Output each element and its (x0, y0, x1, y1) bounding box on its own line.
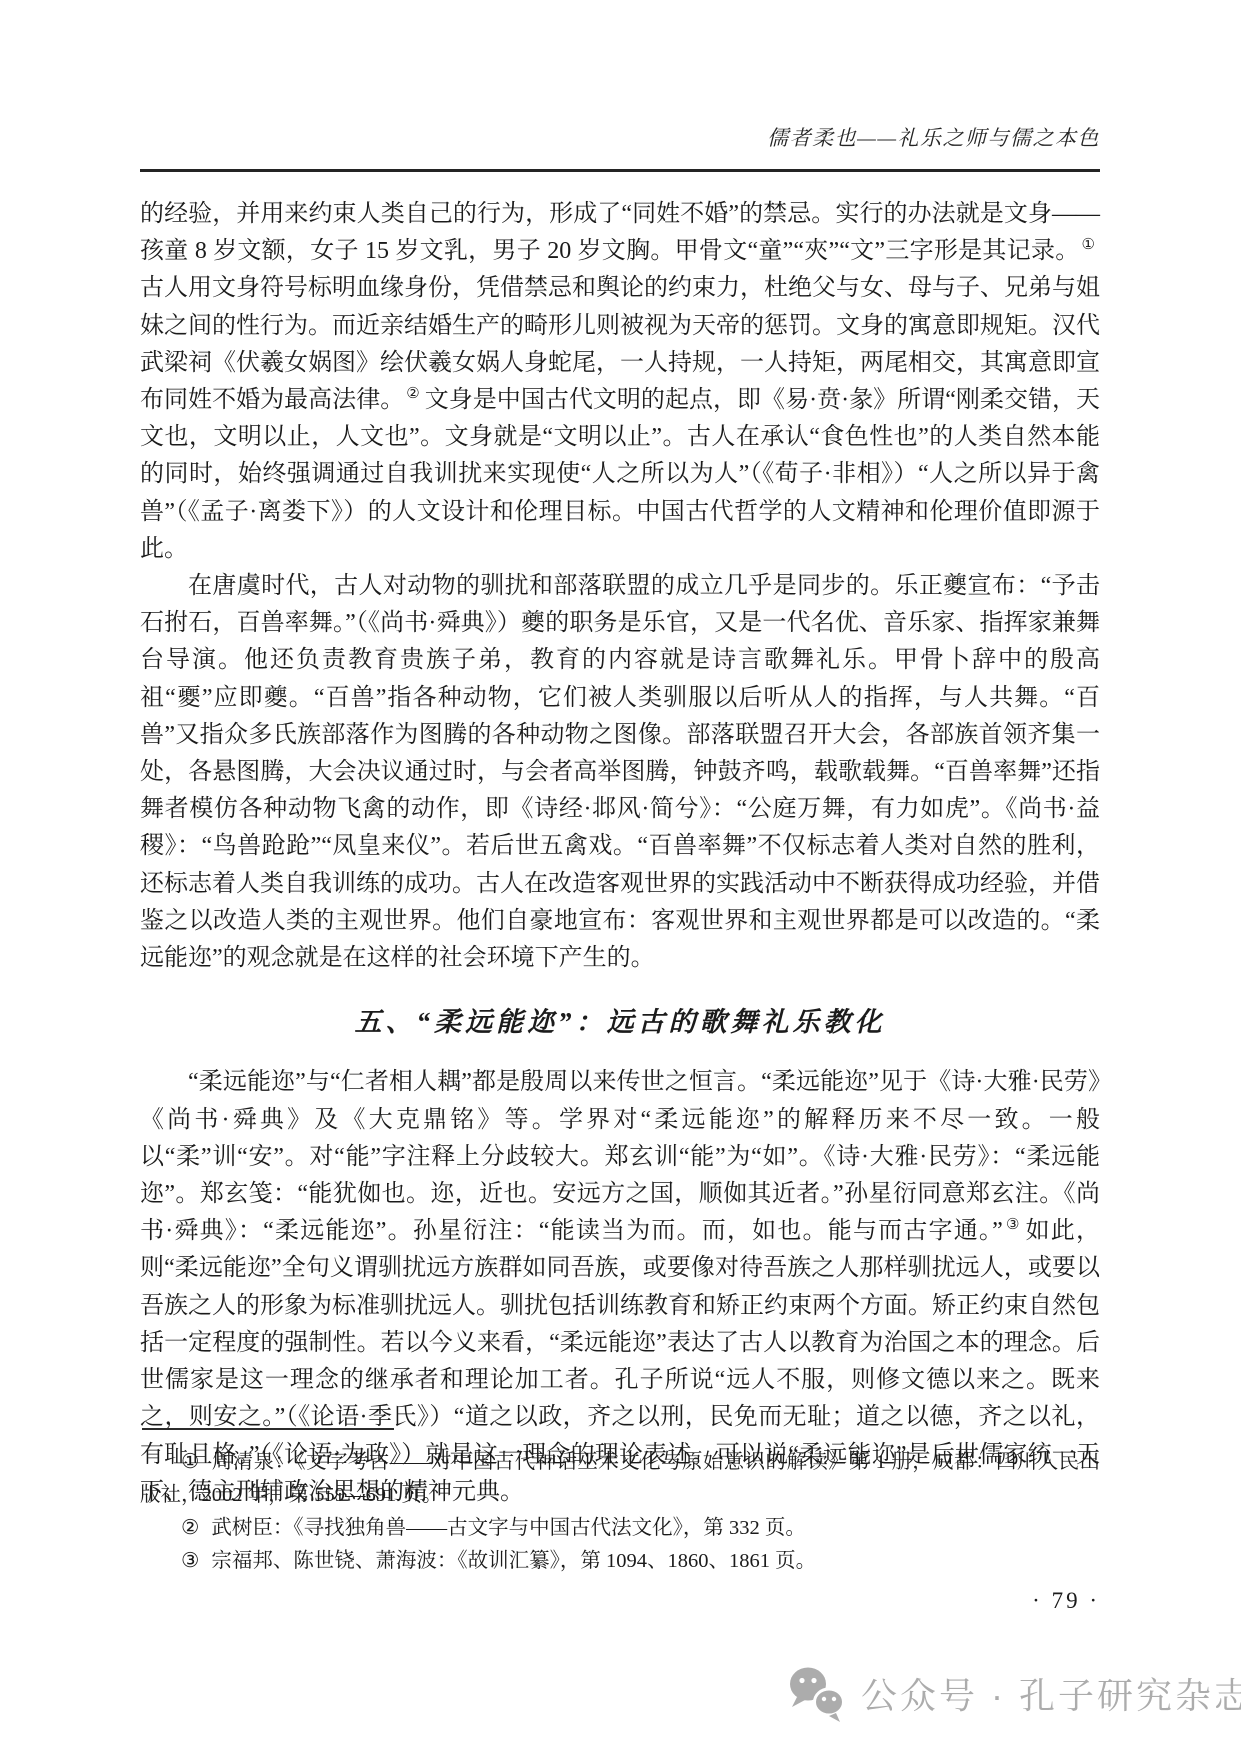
page-number: · 79 · (140, 1588, 1100, 1614)
footnote-marker: ① (181, 1451, 200, 1473)
watermark: 公众号 · 孔子研究杂志 (786, 1664, 1241, 1722)
footnote-item: ③宗福邦、陈世铙、萧海波：《故训汇纂》，第 1094、1860、1861 页。 (140, 1545, 1100, 1578)
wechat-chat-bubbles-icon (786, 1664, 848, 1722)
footnote-divider (142, 1428, 394, 1430)
footnotes-section: ①周清泉：《文字考古——对中国古代神话巫术文化与原始意识的解读》第 1 册，成都… (140, 1428, 1100, 1578)
footnote-text: 周清泉：《文字考古——对中国古代神话巫术文化与原始意识的解读》第 1 册，成都：… (140, 1451, 1100, 1506)
body-paragraph: 在唐虞时代，古人对动物的驯扰和部落联盟的成立几乎是同步的。乐正夔宣布：“予击石拊… (140, 568, 1100, 977)
footnotes-list: ①周清泉：《文字考古——对中国古代神话巫术文化与原始意识的解读》第 1 册，成都… (140, 1446, 1100, 1578)
header-rule (140, 169, 1100, 172)
body-text: 的经验，并用来约束人类自己的行为，形成了“同姓不婚”的禁忌。实行的办法就是文身—… (140, 196, 1100, 1511)
footnote-item: ②武树臣：《寻找独角兽——古文字与中国古代法文化》，第 332 页。 (140, 1512, 1100, 1545)
footnote-item: ①周清泉：《文字考古——对中国古代神话巫术文化与原始意识的解读》第 1 册，成都… (140, 1446, 1100, 1512)
footnote-marker: ③ (181, 1550, 199, 1572)
footnote-text: 武树臣：《寻找独角兽——古文字与中国古代法文化》，第 332 页。 (211, 1517, 806, 1539)
footnote-reference: ③ (1005, 1217, 1021, 1233)
footnote-text: 宗福邦、陈世铙、萧海波：《故训汇纂》，第 1094、1860、1861 页。 (211, 1550, 816, 1572)
watermark-text: 公众号 · 孔子研究杂志 (861, 1668, 1241, 1719)
body-paragraph: 的经验，并用来约束人类自己的行为，形成了“同姓不婚”的禁忌。实行的办法就是文身—… (140, 196, 1100, 568)
footnote-marker: ② (181, 1517, 199, 1539)
footnote-reference: ① (1082, 237, 1095, 253)
scanned-document-page: 儒者柔也——礼乐之师与儒之本色 的经验，并用来约束人类自己的行为，形成了“同姓不… (0, 0, 1241, 1754)
section-heading: 五、“柔远能迩”：远古的歌舞礼乐教化 (140, 1004, 1100, 1041)
footnote-reference: ② (406, 386, 419, 402)
running-head-title: 儒者柔也——礼乐之师与儒之本色 (140, 122, 1100, 152)
